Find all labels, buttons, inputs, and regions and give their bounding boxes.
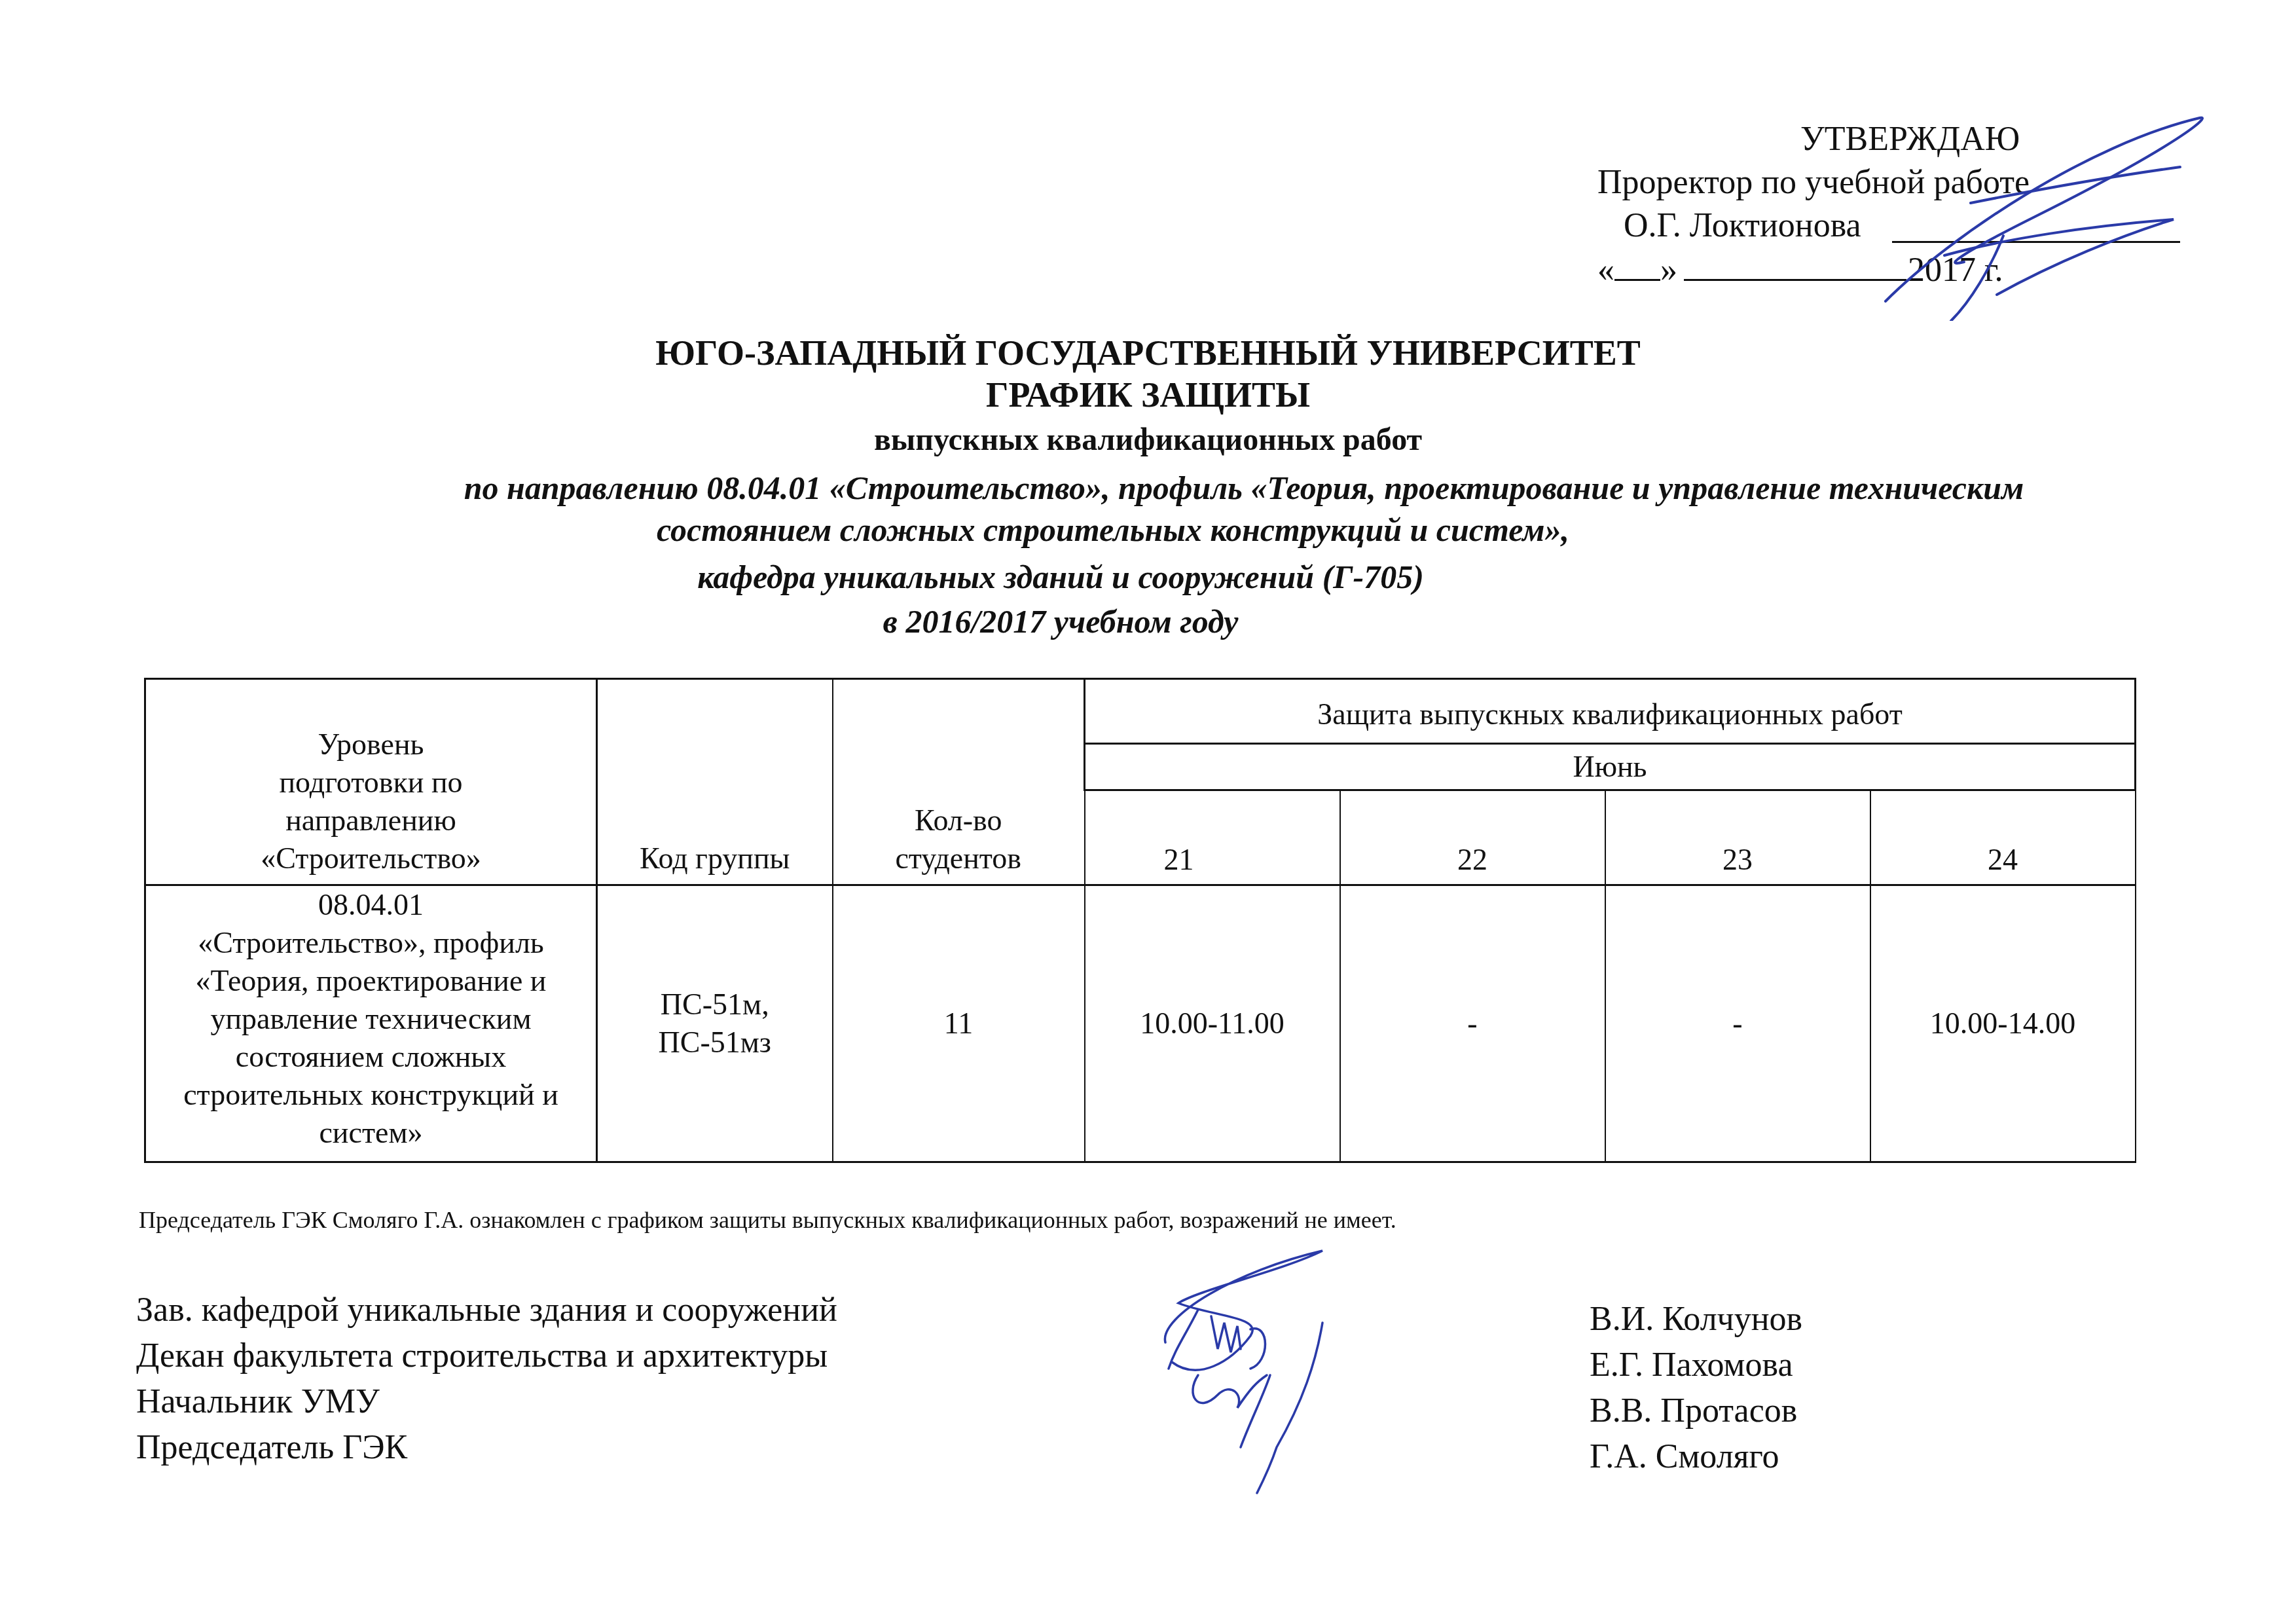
cell-level-line: «Строительство», профиль xyxy=(151,924,591,962)
direction-line-2: состоянием сложных строительных конструк… xyxy=(196,511,2030,549)
cell-level: 08.04.01 «Строительство», профиль «Теори… xyxy=(145,885,597,1162)
cell-level-line: управление техническим xyxy=(151,1000,591,1038)
cell-level-line: строительных конструкций и xyxy=(151,1076,591,1114)
month-blank xyxy=(1684,249,1906,281)
approval-date: «»2017 г. xyxy=(1597,249,2003,292)
header-count-line: студентов xyxy=(839,840,1079,877)
header-count-line: Кол-во xyxy=(839,802,1079,840)
close-quote: » xyxy=(1660,251,1677,289)
department: кафедра уникальных зданий и сооружений (… xyxy=(79,558,2043,596)
signature-line xyxy=(1892,241,2180,243)
header-level-line: Уровень xyxy=(151,726,591,764)
defense-schedule-table: Уровень подготовки по направлению «Строи… xyxy=(144,678,2136,1163)
role-dean: Декан факультета строительства и архитек… xyxy=(136,1333,837,1379)
header-day: 24 xyxy=(1870,790,2136,885)
name-smolyago: Г.А. Смоляго xyxy=(1590,1434,1802,1480)
header-level-line: «Строительство» xyxy=(151,840,591,877)
approval-year: 2017 г. xyxy=(1908,251,2003,289)
group-code: ПС-51мз xyxy=(603,1024,827,1061)
cell-day-21: 10.00-11.00 xyxy=(1085,885,1340,1162)
cell-level-line: состоянием сложных xyxy=(151,1038,591,1076)
header-defense: Защита выпускных квалификационных работ xyxy=(1085,679,2136,744)
chairman-note: Председатель ГЭК Смоляго Г.А. ознакомлен… xyxy=(139,1206,1396,1234)
approval-title: УТВЕРЖДАЮ xyxy=(1800,118,2020,161)
header-group-code: Код группы xyxy=(597,679,833,885)
name-protasov: В.В. Протасов xyxy=(1590,1388,1802,1434)
name-kolchunov: В.И. Колчунов xyxy=(1590,1297,1802,1342)
cell-level-line: систем» xyxy=(151,1114,591,1152)
signatory-roles: Зав. кафедрой уникальные здания и сооруж… xyxy=(136,1287,837,1471)
handwritten-signatures-icon xyxy=(1159,1231,1499,1506)
header-level-line: направлению xyxy=(151,802,591,840)
cell-level-line: «Теория, проектирование и xyxy=(151,962,591,1000)
header-day: 22 xyxy=(1340,790,1605,885)
document-title: ГРАФИК ЗАЩИТЫ xyxy=(0,375,2296,415)
name-pakhomova: Е.Г. Пахомова xyxy=(1590,1342,1802,1388)
header-day: 21 xyxy=(1085,790,1340,885)
header-level-line: подготовки по xyxy=(151,764,591,802)
role-gek-chairman: Председатель ГЭК xyxy=(136,1425,837,1471)
approval-name: О.Г. Локтионова xyxy=(1624,204,1861,248)
signatory-names: В.И. Колчунов Е.Г. Пахомова В.В. Протасо… xyxy=(1590,1297,1802,1480)
approval-role: Проректор по учебной работе xyxy=(1597,161,2030,204)
header-students-count: Кол-во студентов xyxy=(833,679,1085,885)
university-name: ЮГО-ЗАПАДНЫЙ ГОСУДАРСТВЕННЫЙ УНИВЕРСИТЕТ xyxy=(0,333,2296,373)
open-quote: « xyxy=(1597,251,1614,289)
group-code: ПС-51м, xyxy=(603,986,827,1024)
day-blank xyxy=(1614,249,1660,281)
header-month: Июнь xyxy=(1085,744,2136,790)
role-head-umu: Начальник УМУ xyxy=(136,1379,837,1425)
header-level: Уровень подготовки по направлению «Строи… xyxy=(145,679,597,885)
role-head-of-department: Зав. кафедрой уникальные здания и сооруж… xyxy=(136,1287,837,1333)
document-subtitle: выпускных квалификационных работ xyxy=(0,422,2296,458)
cell-students-count: 11 xyxy=(833,885,1085,1162)
direction-line-1: по направлению 08.04.01 «Строительство»,… xyxy=(327,469,2160,507)
header-day: 23 xyxy=(1605,790,1870,885)
table-row: 08.04.01 «Строительство», профиль «Теори… xyxy=(145,885,2136,1162)
academic-year: в 2016/2017 учебном году xyxy=(79,602,2043,640)
cell-level-line: 08.04.01 xyxy=(151,886,591,924)
cell-day-23: - xyxy=(1605,885,1870,1162)
cell-group-code: ПС-51м, ПС-51мз xyxy=(597,885,833,1162)
cell-day-24: 10.00-14.00 xyxy=(1870,885,2136,1162)
cell-day-22: - xyxy=(1340,885,1605,1162)
